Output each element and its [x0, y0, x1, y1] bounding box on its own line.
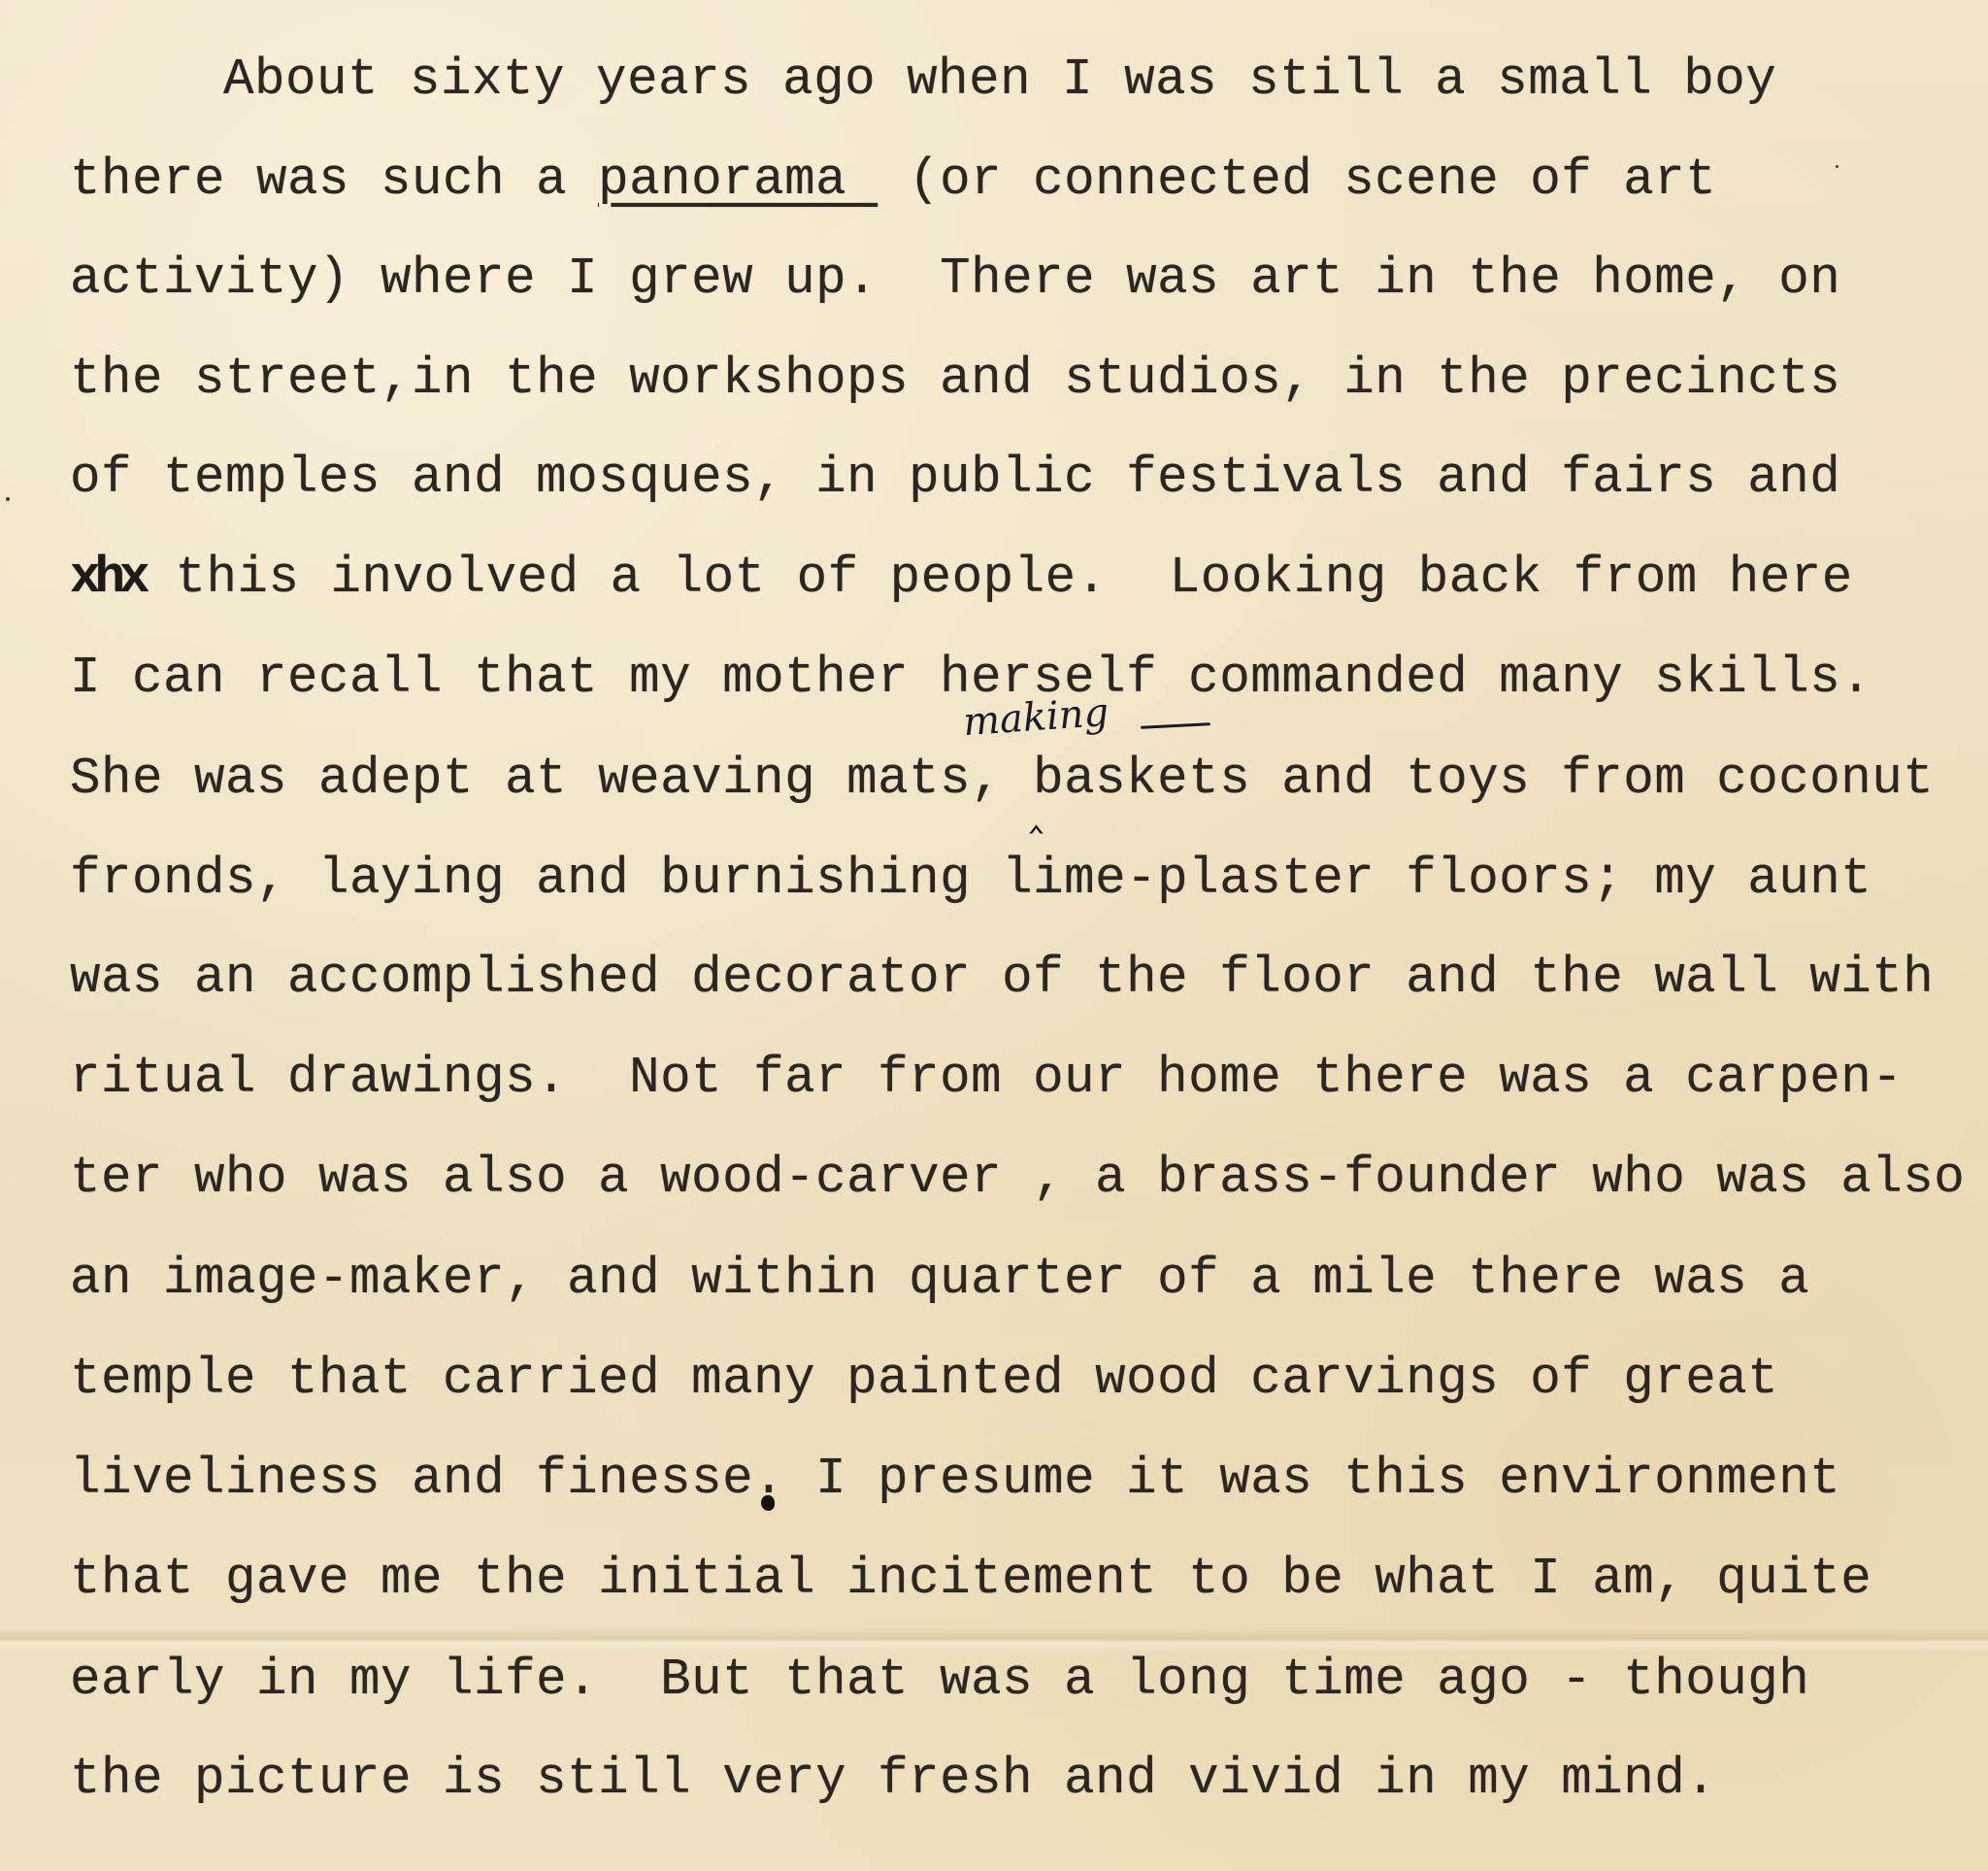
text-line-8: She was adept at weaving mats, baskets a…	[70, 750, 1934, 808]
insertion-caret-icon: ‸	[1029, 785, 1044, 834]
text-line-13: an image-maker, and within quarter of a …	[70, 1250, 1809, 1308]
text-segment: this involved a lot of people. Looking b…	[145, 549, 1853, 607]
text-line-5: of temples and mosques, in public festiv…	[70, 449, 1840, 507]
paper-speck	[6, 497, 10, 501]
struck-out-text: xhx	[70, 549, 145, 607]
ink-blot	[761, 1495, 775, 1511]
underlined-word-panorama: panorama	[598, 150, 878, 209]
text-line-9: fronds, laying and burnishing lime-plast…	[70, 850, 1872, 908]
text-line-4: the street,in the workshops and studios,…	[70, 350, 1840, 408]
handwritten-insertion: making	[962, 690, 1110, 745]
paper-speck	[1836, 165, 1839, 168]
text-segment: (or connected scene of art	[878, 150, 1716, 209]
text-line-16: that gave me the initial incitement to b…	[70, 1550, 1872, 1608]
text-segment: there was such a	[70, 150, 598, 209]
text-line-1: About sixty years ago when I was still a…	[223, 50, 1776, 109]
text-line-12: ter who was also a wood-carver , a brass…	[70, 1149, 1965, 1207]
text-line-17: early in my life. But that was a long ti…	[70, 1651, 1809, 1709]
text-line-7: I can recall that my mother herself comm…	[70, 649, 1872, 707]
text-line-6: xhx this involved a lot of people. Looki…	[70, 549, 1853, 607]
text-line-10: was an accomplished decorator of the flo…	[70, 949, 1934, 1007]
text-line-2: there was such a panorama (or connected …	[70, 150, 1716, 209]
text-line-11: ritual drawings. Not far from our home t…	[70, 1049, 1903, 1107]
text-line-14: temple that carried many painted wood ca…	[70, 1350, 1778, 1408]
text-line-3: activity) where I grew up. There was art…	[70, 250, 1840, 308]
paper-fold-crease	[0, 1627, 1988, 1653]
text-line-15: liveliness and finesse. I presume it was…	[70, 1450, 1840, 1508]
text-line-18: the picture is still very fresh and vivi…	[70, 1750, 1716, 1808]
typewritten-page: About sixty years ago when I was still a…	[0, 0, 1988, 1871]
handwritten-stroke	[1141, 722, 1210, 729]
